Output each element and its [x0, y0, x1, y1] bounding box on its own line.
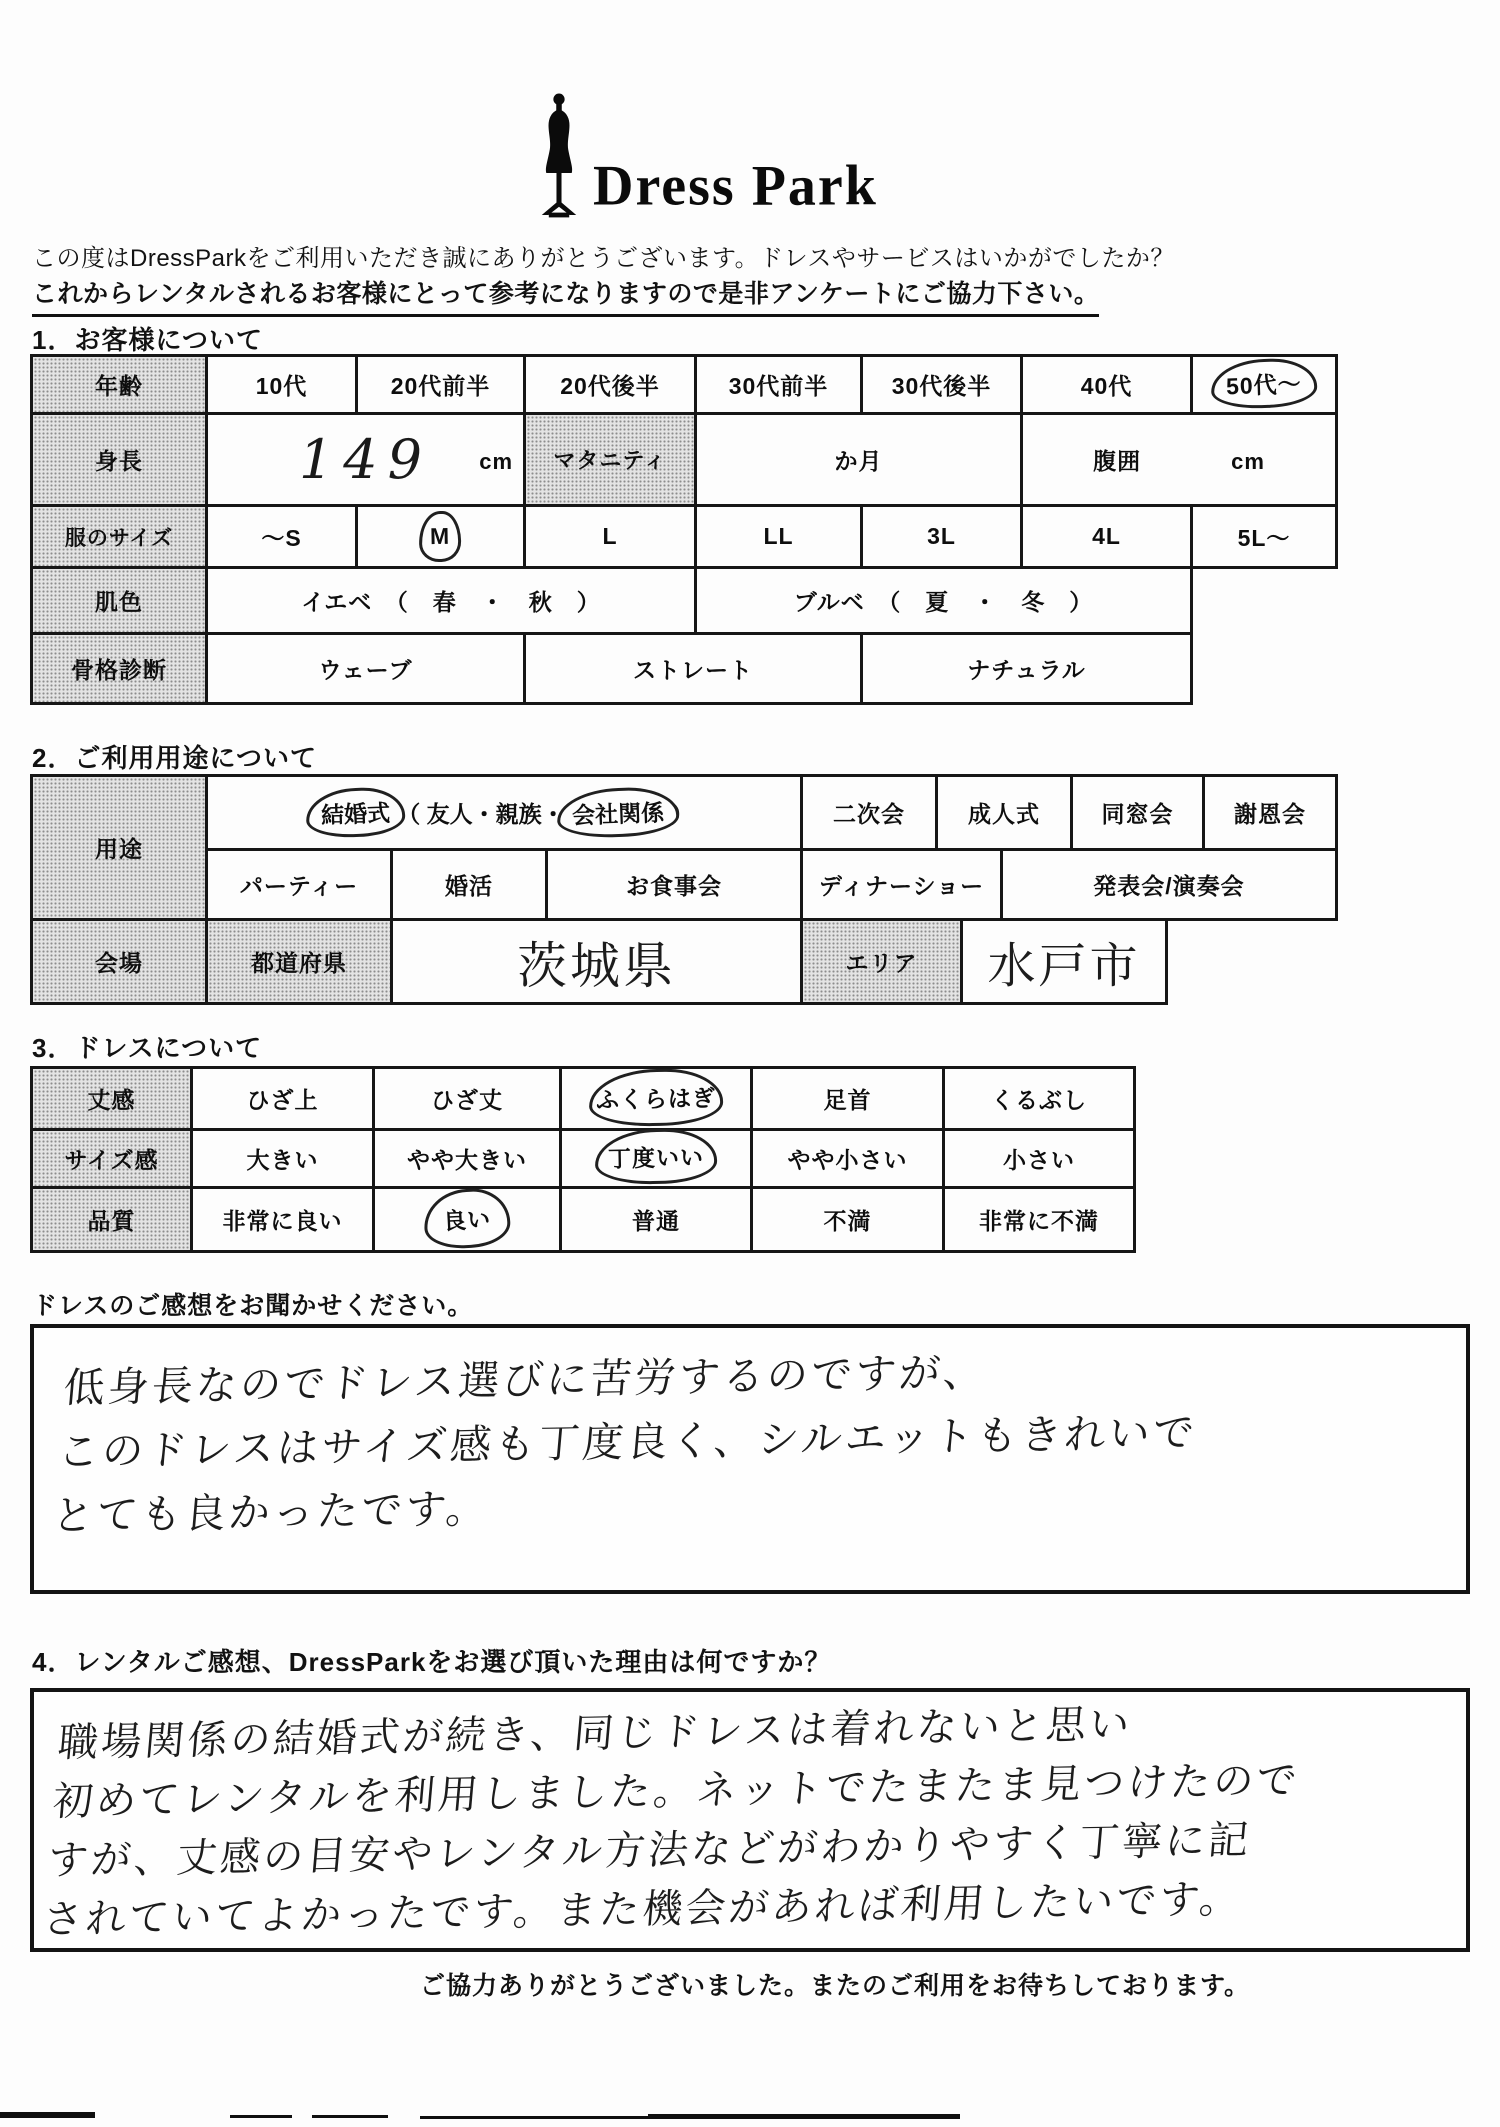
fit-option-selected: 丁度いい — [561, 1130, 752, 1188]
section4-heading: 4．レンタルご感想、DressParkをお選び頂いた理由は何ですか？ — [32, 1642, 831, 1679]
circle-annotation: M — [419, 511, 462, 563]
fit-row: サイズ感 大きい やや大きい 丁度いい やや小さい 小さい — [32, 1130, 1135, 1188]
scan-artifact — [312, 2115, 388, 2118]
quality-option-selected: 良い — [374, 1188, 561, 1252]
fit-option: やや大きい — [374, 1130, 561, 1188]
circle-annotation: 良い — [423, 1187, 512, 1250]
age-option: 30代前半 — [696, 356, 862, 414]
size-option-selected: M — [357, 506, 525, 568]
purpose-option: 同窓会 — [1072, 776, 1204, 850]
length-option: ひざ上 — [192, 1068, 374, 1130]
row-header-venue: 会場 — [32, 920, 207, 1004]
length-option-selected: ふくらはぎ — [561, 1068, 752, 1130]
row-header-quality: 品質 — [32, 1188, 192, 1252]
intro-line-2: これからレンタルされるお客様にとって参考になりますので是非アンケートにご協力下さ… — [32, 274, 1099, 317]
customer-table: 年齢 10代 20代前半 20代後半 30代前半 30代後半 40代 50代～ … — [30, 354, 1338, 705]
scan-artifact — [420, 2116, 655, 2119]
purpose-wedding-cell: 結婚式（ 友人・親族・会社関係） — [207, 776, 802, 850]
length-option: ひざ丈 — [374, 1068, 561, 1130]
age-option: 30代後半 — [862, 356, 1022, 414]
size-option: ～S — [207, 506, 357, 568]
area-value: 水戸市 — [962, 920, 1167, 1004]
purpose-option: パーティー — [207, 850, 392, 920]
empty-filler — [1192, 568, 1337, 634]
purpose-option: お食事会 — [547, 850, 802, 920]
age-option: 20代後半 — [525, 356, 696, 414]
scan-artifact — [0, 2112, 95, 2118]
row-header-height: 身長 — [32, 414, 207, 506]
intro-line-1: この度はDressParkをご利用いただき誠にありがとうございます。ドレスやサー… — [32, 238, 1175, 273]
size-option: 3L — [862, 506, 1022, 568]
waist-unit: cm — [1231, 449, 1265, 474]
prefecture-label: 都道府県 — [207, 920, 392, 1004]
section3-heading: 3．ドレスについて — [32, 1028, 262, 1065]
fit-option: 小さい — [944, 1130, 1135, 1188]
skin-option: イエベ （ 春 ・ 秋 ） — [207, 568, 696, 634]
purpose-row-1: 用途 結婚式（ 友人・親族・会社関係） 二次会 成人式 同窓会 謝恩会 — [32, 776, 1337, 850]
row-header-purpose: 用途 — [32, 776, 207, 920]
waist-cell: 腹囲cm — [1022, 414, 1337, 506]
wedding-paren-open: （ 友人・親族・ — [397, 801, 564, 827]
empty-filler — [1167, 920, 1337, 1004]
height-unit: cm — [479, 449, 513, 475]
logo: Dress Park — [535, 92, 878, 218]
row-header-fit: サイズ感 — [32, 1130, 192, 1188]
fit-option: 大きい — [192, 1130, 374, 1188]
frame-row: 骨格診断 ウェーブ ストレート ナチュラル — [32, 634, 1337, 704]
length-option: 足首 — [752, 1068, 944, 1130]
circle-annotation: 50代～ — [1210, 357, 1317, 410]
row-header-length: 丈感 — [32, 1068, 192, 1130]
age-option: 20代前半 — [357, 356, 525, 414]
height-value-cell: 149 cm — [207, 414, 525, 506]
area-label: エリア — [802, 920, 962, 1004]
scanned-questionnaire: Dress Park この度はDressParkをご利用いただき誠にありがとうご… — [0, 0, 1500, 2127]
quality-row: 品質 非常に良い 良い 普通 不満 非常に不満 — [32, 1188, 1135, 1252]
frame-option: ナチュラル — [862, 634, 1192, 704]
venue-row: 会場 都道府県 茨城県 エリア 水戸市 — [32, 920, 1337, 1004]
size-row: 服のサイズ ～S M L LL 3L 4L 5L～ — [32, 506, 1337, 568]
size-option: L — [525, 506, 696, 568]
usage-table: 用途 結婚式（ 友人・親族・会社関係） 二次会 成人式 同窓会 謝恩会 パーティ… — [30, 774, 1338, 1005]
row-header-size: 服のサイズ — [32, 506, 207, 568]
section1-heading: 1．お客様について — [32, 320, 263, 357]
purpose-row-2: パーティー 婚活 お食事会 ディナーショー 発表会/演奏会 — [32, 850, 1337, 920]
row-header-frame: 骨格診断 — [32, 634, 207, 704]
quality-option: 非常に不満 — [944, 1188, 1135, 1252]
circle-annotation: ふくらはぎ — [589, 1067, 724, 1126]
purpose-option: 謝恩会 — [1204, 776, 1337, 850]
dress-form-icon — [535, 92, 583, 218]
months-cell: か月 — [696, 414, 1022, 506]
circle-annotation: 会社関係 — [556, 786, 680, 839]
scan-artifact — [648, 2114, 960, 2119]
maternity-cell: マタニティ — [525, 414, 696, 506]
age-option-selected: 50代～ — [1192, 356, 1337, 414]
frame-option: ウェーブ — [207, 634, 525, 704]
fit-option: やや小さい — [752, 1130, 944, 1188]
frame-option: ストレート — [525, 634, 862, 704]
dress-table: 丈感 ひざ上 ひざ丈 ふくらはぎ 足首 くるぶし サイズ感 大きい やや大きい … — [30, 1066, 1136, 1253]
waist-label: 腹囲 — [1093, 448, 1141, 474]
length-row: 丈感 ひざ上 ひざ丈 ふくらはぎ 足首 くるぶし — [32, 1068, 1135, 1130]
height-row: 身長 149 cm マタニティ か月 腹囲cm — [32, 414, 1337, 506]
purpose-option: 婚活 — [392, 850, 547, 920]
scan-artifact — [230, 2115, 292, 2118]
handwritten-area: 水戸市 — [987, 940, 1140, 993]
dress-comment-box: 低身長なのでドレス選びに苦労するのですが、 このドレスはサイズ感も丁度良く、シル… — [30, 1324, 1470, 1594]
logo-text: Dress Park — [593, 153, 878, 218]
purpose-option: 二次会 — [802, 776, 937, 850]
skin-option: ブルベ （ 夏 ・ 冬 ） — [696, 568, 1192, 634]
purpose-option: 成人式 — [937, 776, 1072, 850]
section2-heading: 2．ご利用用途について — [32, 738, 317, 775]
age-row: 年齢 10代 20代前半 20代後半 30代前半 30代後半 40代 50代～ — [32, 356, 1337, 414]
age-option: 40代 — [1022, 356, 1192, 414]
quality-option: 不満 — [752, 1188, 944, 1252]
circle-annotation: 結婚式 — [305, 786, 406, 838]
circle-annotation: 丁度いい — [595, 1128, 718, 1185]
size-option: 4L — [1022, 506, 1192, 568]
empty-filler — [1192, 634, 1337, 704]
age-option: 10代 — [207, 356, 357, 414]
skin-row: 肌色 イエベ （ 春 ・ 秋 ） ブルベ （ 夏 ・ 冬 ） — [32, 568, 1337, 634]
handwritten-height: 149 — [299, 428, 432, 491]
row-header-skin: 肌色 — [32, 568, 207, 634]
purpose-option: ディナーショー — [802, 850, 1002, 920]
quality-option: 非常に良い — [192, 1188, 374, 1252]
length-option: くるぶし — [944, 1068, 1135, 1130]
prefecture-value: 茨城県 — [392, 920, 802, 1004]
purpose-option: 発表会/演奏会 — [1002, 850, 1337, 920]
rental-comment-box: 職場関係の結婚式が続き、同じドレスは着れないと思い 初めてレンタルを利用しました… — [30, 1688, 1470, 1952]
size-option: LL — [696, 506, 862, 568]
dress-comment-prompt: ドレスのご感想をお聞かせください。 — [32, 1286, 473, 1322]
footer-thanks: ご協力ありがとうございました。またのご利用をお待ちしております。 — [420, 1966, 1250, 2002]
handwritten-prefecture: 茨城県 — [517, 938, 676, 994]
row-header-age: 年齢 — [32, 356, 207, 414]
size-option: 5L～ — [1192, 506, 1337, 568]
quality-option: 普通 — [561, 1188, 752, 1252]
